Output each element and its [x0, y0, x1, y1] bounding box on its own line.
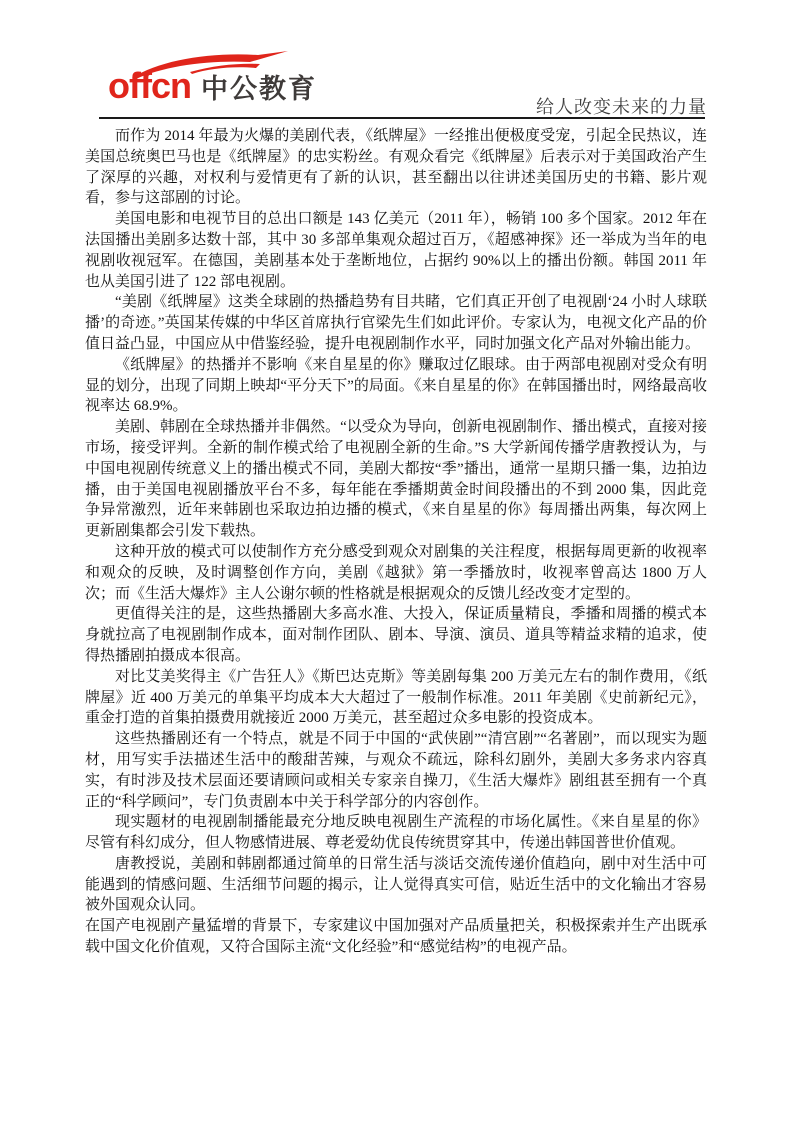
paragraph: 美国电影和电视节目的总出口额是 143 亿美元（2011 年），畅销 100 多…: [85, 209, 707, 292]
paragraph: 这种开放的模式可以使制作方充分感受到观众对剧集的关注程度，根据每周更新的收视率和…: [85, 542, 707, 604]
document-page: offcn 中公教育 给人改变未来的力量 而作为 2014 年最为火爆的美剧代表…: [0, 0, 793, 1122]
article-body: 而作为 2014 年最为火爆的美剧代表，《纸牌屋》一经推出便极度受宠，引起全民热…: [85, 126, 707, 958]
offcn-logo: offcn 中公教育: [108, 56, 317, 104]
paragraph: 唐教授说，美剧和韩剧都通过简单的日常生活与淡话交流传递价值趋向，剧中对生活中可能…: [85, 854, 707, 916]
paragraph: 《纸牌屋》的热播并不影响《来自星星的你》赚取过亿眼球。由于两部电视剧对受众有明显…: [85, 355, 707, 417]
paragraph: 现实题材的电视剧制播能最充分地反映电视剧生产流程的市场化属性。《来自星星的你》尽…: [85, 812, 707, 854]
paragraph: 更值得关注的是，这些热播剧大多高水准、大投入，保证质量精良，季播和周播的模式本身…: [85, 604, 707, 666]
paragraph: 这些热播剧还有一个特点，就是不同于中国的“武侠剧”“清宫剧”“名著剧”，而以现实…: [85, 729, 707, 812]
paragraph: 在国产电视剧产量猛增的背景下，专家建议中国加强对产品质量把关，积极探索并生产出既…: [85, 916, 707, 958]
paragraph: 而作为 2014 年最为火爆的美剧代表，《纸牌屋》一经推出便极度受宠，引起全民热…: [85, 126, 707, 209]
header-divider: [99, 117, 705, 119]
offcn-logo-latin: offcn: [108, 68, 191, 104]
brand-latin-text: offcn: [108, 65, 191, 106]
paragraph: 美剧、韩剧在全球热播并非偶然。“以受众为导向，创新电视剧制作、播出模式，直接对接…: [85, 417, 707, 542]
paragraph: 对比艾美奖得主《广告狂人》《斯巴达克斯》等美剧每集 200 万美元左右的制作费用…: [85, 667, 707, 729]
paragraph: “美剧《纸牌屋》这类全球剧的热播趋势有目共睹，它们真正开创了电视剧‘24 小时人…: [85, 292, 707, 354]
brand-cn-text: 中公教育: [201, 74, 317, 104]
header-tagline: 给人改变未来的力量: [536, 93, 707, 119]
